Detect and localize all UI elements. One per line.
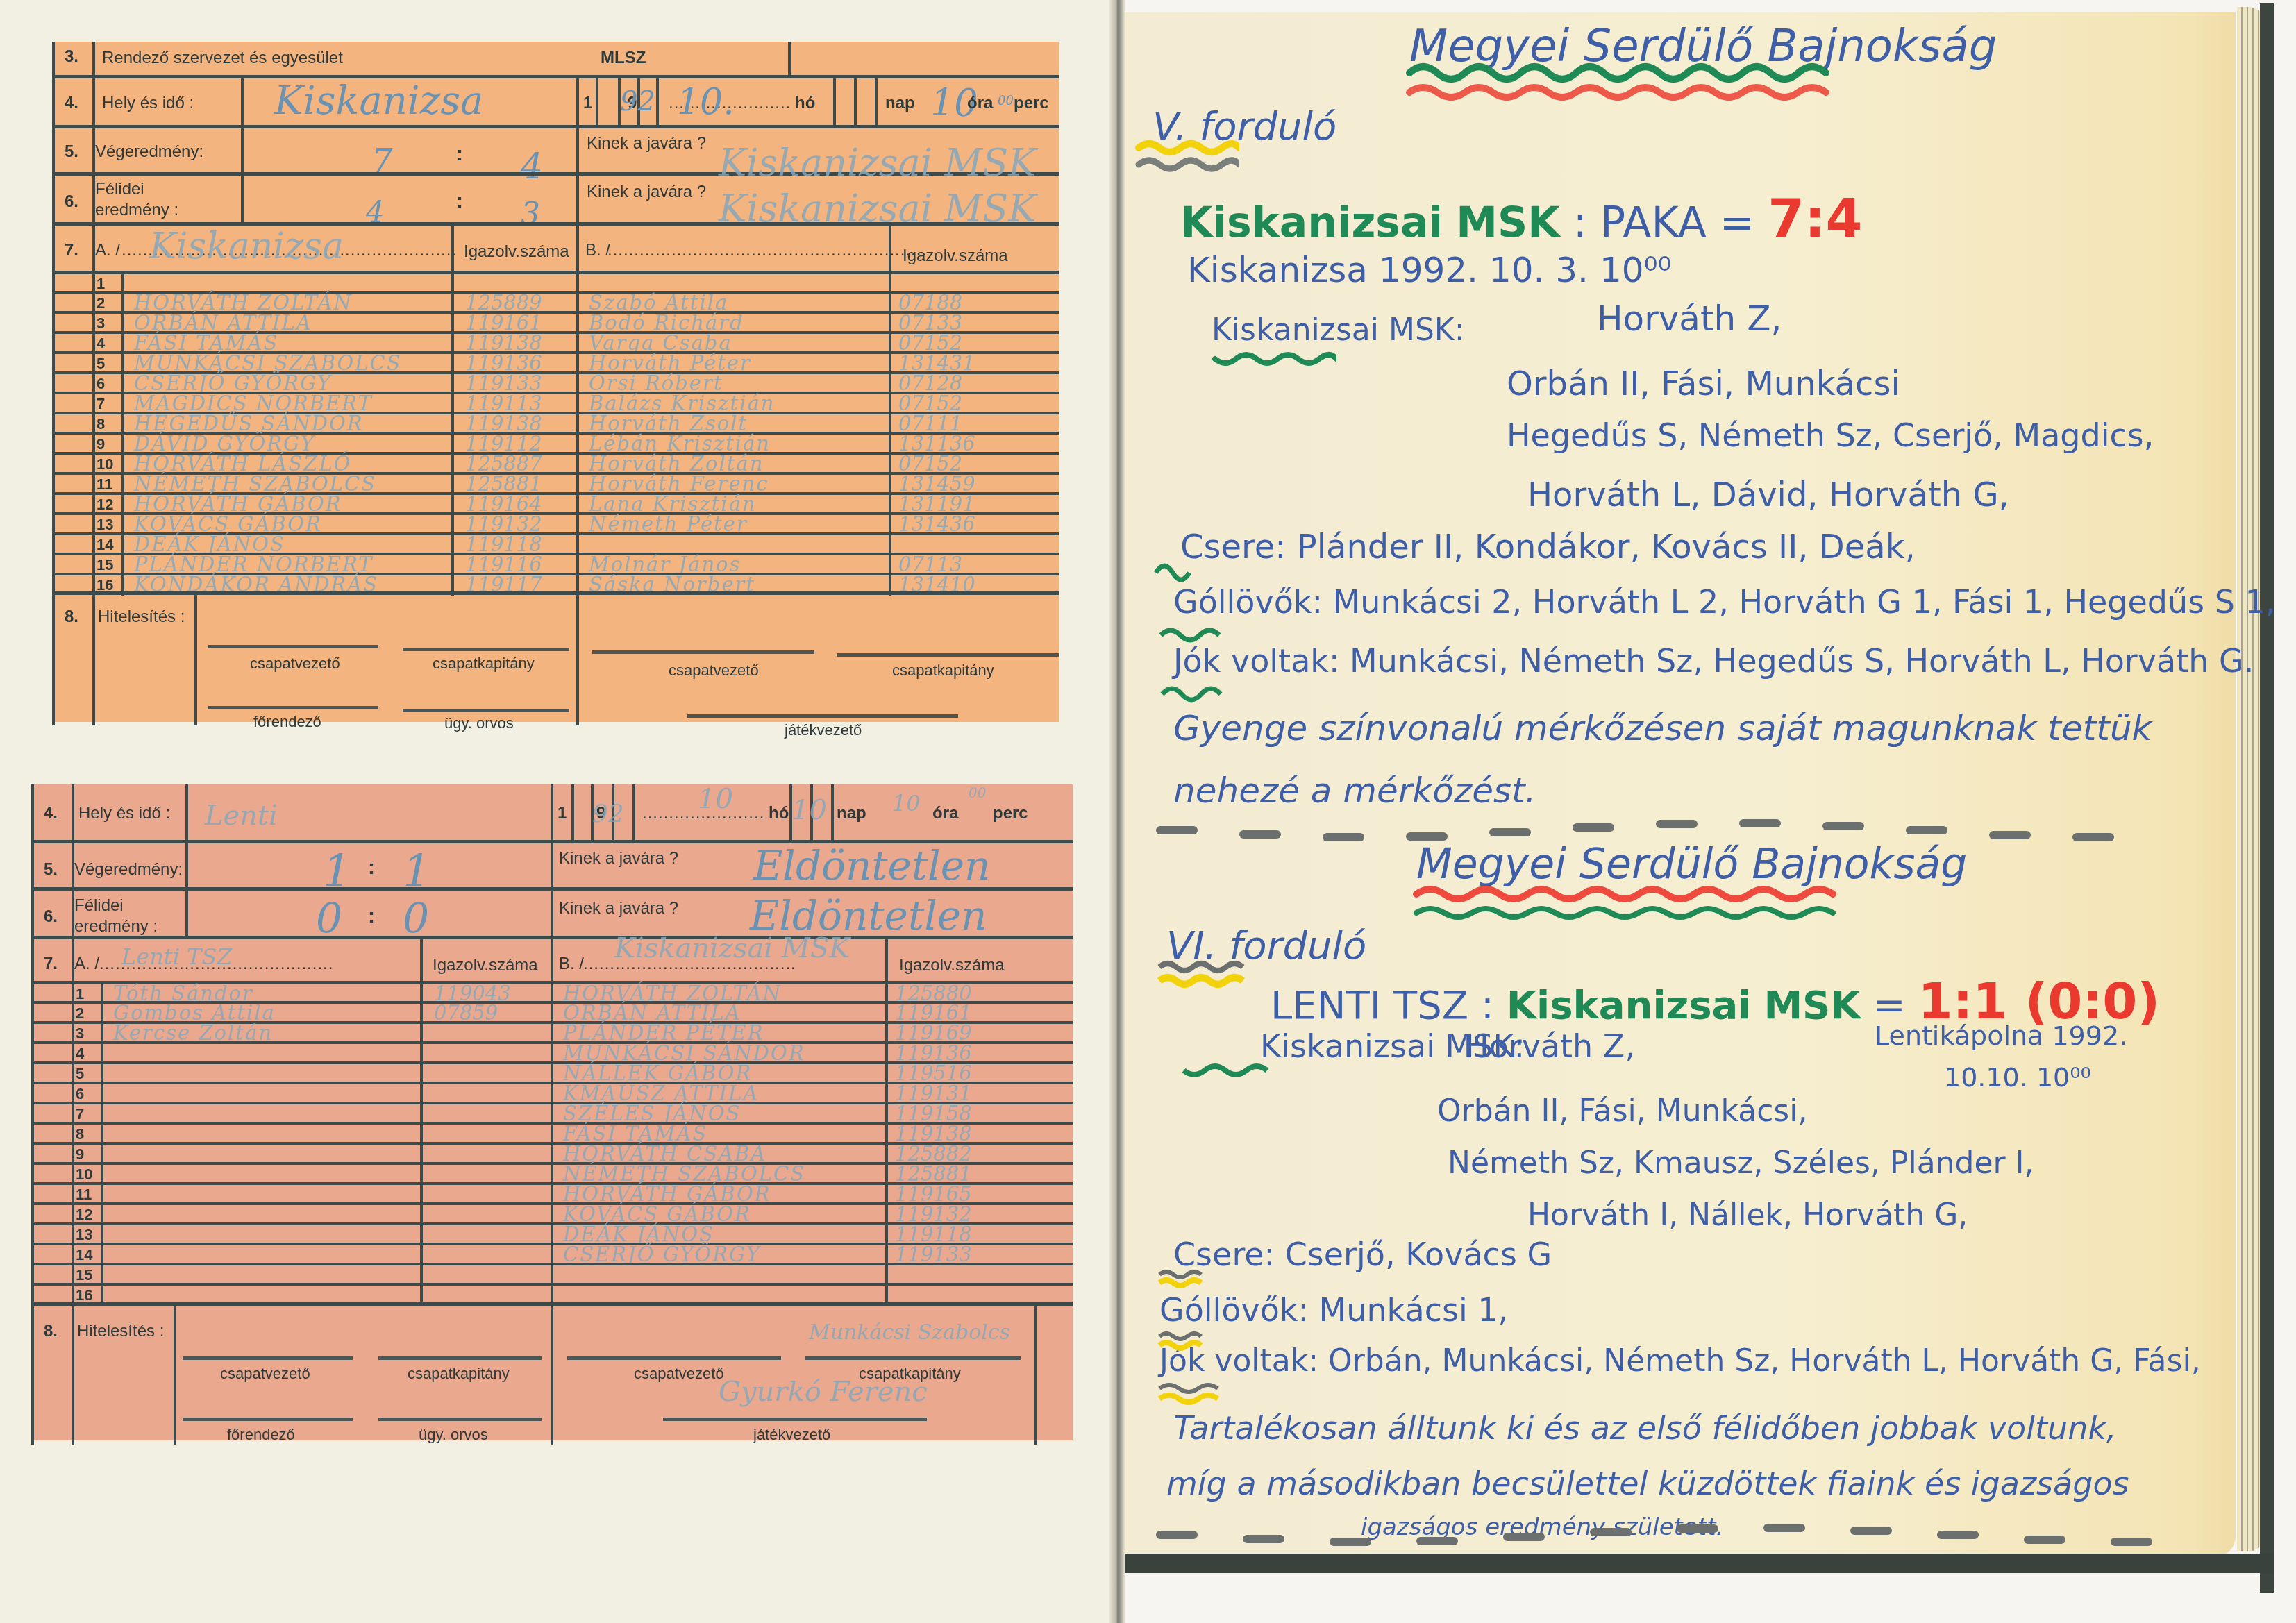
- divider-dash: [1822, 822, 1864, 830]
- title2-underline-red-green: [1413, 882, 1843, 930]
- month-label: hó: [769, 804, 789, 823]
- month-handwritten: 10: [698, 783, 733, 815]
- label-underlines-green: [1153, 548, 1333, 708]
- divider-dash: [1590, 1528, 1632, 1536]
- halftime-label-1: Félidei: [74, 896, 124, 916]
- player-row-number: 6: [97, 375, 105, 393]
- player-row-number: 9: [76, 1145, 84, 1163]
- match2-home: LENTI TSZ: [1271, 983, 1468, 1028]
- minute-label: perc: [993, 804, 1028, 823]
- match2-info-line2: 10.10. 10⁰⁰: [1944, 1062, 2091, 1093]
- sig-label-referee: játékvezető: [785, 721, 862, 739]
- player-row-number: 11: [97, 476, 112, 494]
- player-row-number: 1: [76, 985, 84, 1003]
- id-number-label-b: Igazolv.száma: [903, 246, 1008, 266]
- player-row-number: 14: [97, 536, 113, 554]
- match1-home-club: MSK: [1456, 199, 1559, 247]
- round-underline-yellow-gray: [1135, 135, 1239, 177]
- divider-dash: [1330, 1538, 1371, 1546]
- player-row-number: 10: [97, 455, 113, 473]
- lineup-line: Németh Sz, Kmausz, Széles, Plánder I,: [1448, 1145, 2034, 1181]
- player-row-number: 5: [97, 355, 105, 373]
- match1-score: 7:4: [1768, 187, 1862, 249]
- player-row-number: 7: [97, 395, 105, 413]
- player-row-number: 13: [76, 1226, 92, 1244]
- player-row-number: 9: [97, 435, 105, 453]
- player-row-number: 11: [76, 1186, 92, 1204]
- form-row-authentication: 8. Hitelesítés : csapatvezető csapatkapi…: [52, 591, 1059, 725]
- signature-referee: Gyurkó Ferenc: [719, 1376, 928, 1408]
- authentication-label: Hitelesítés :: [98, 607, 185, 627]
- match-report-form-vi-round: 4. Hely és idő : Lenti 1 9 92 ..........…: [31, 784, 1073, 1440]
- day-label: nap: [837, 804, 866, 823]
- score-separator: :: [456, 190, 463, 213]
- player-row-number: 3: [76, 1025, 84, 1043]
- player-row-number: 13: [97, 516, 113, 534]
- divider-dash: [1989, 831, 2031, 839]
- signature-captain-b: Munkácsi Szabolcs: [809, 1320, 1010, 1345]
- row-number: 6.: [44, 907, 58, 927]
- comment1-line2: nehezé a mérkőzést.: [1173, 771, 1536, 811]
- divider-dash: [2111, 1538, 2152, 1546]
- sig-label-doctor: ügy. orvos: [444, 714, 514, 732]
- id-number-label-a: Igazolv.száma: [433, 956, 538, 975]
- divider-dash: [2072, 833, 2114, 841]
- halftime-label-2: eredmény :: [74, 917, 158, 936]
- team-a-name: Kiskanizsa: [149, 226, 344, 267]
- player-row-number: 14: [76, 1246, 92, 1264]
- match1-away: PAKA: [1600, 199, 1707, 247]
- notebook-spine: [1109, 0, 1125, 1623]
- player-row-number: 15: [97, 556, 113, 574]
- form-row-authentication: 8. Hitelesítés : csapatvezető csapatkapi…: [31, 1302, 1073, 1445]
- place-time-label: Hely és idő :: [102, 94, 194, 113]
- comment2-line2: míg a másodikban becsülettel küzdöttek f…: [1166, 1465, 2129, 1502]
- sig-label-team-leader-b: csapatvezető: [669, 662, 759, 680]
- final-score-label: Végeredmény:: [74, 860, 183, 880]
- divider-dash: [1503, 1533, 1545, 1541]
- divider-dash: [1906, 826, 1947, 834]
- lineup-line: Orbán II, Fási, Munkácsi: [1507, 364, 1900, 403]
- winner-label: Kinek a javára ?: [587, 183, 706, 202]
- divider-dash: [1656, 820, 1698, 828]
- divider-dash: [1416, 1537, 1458, 1545]
- divider-dash: [1239, 830, 1281, 839]
- team-a-name: Lenti TSZ: [121, 943, 233, 970]
- comment1-line1: Gyenge színvonalú mérkőzésen saját magun…: [1173, 708, 2152, 748]
- year-handwritten: 92: [620, 85, 655, 117]
- sig-label-captain-a: csapatkapitány: [408, 1365, 510, 1383]
- lineup-line: Horváth L, Dávid, Horváth G,: [1527, 476, 2009, 514]
- lineup2-underline-green: [1180, 1062, 1277, 1083]
- halftime-label-2: eredmény :: [95, 201, 178, 220]
- subs2: Csere: Cserjő, Kovács G: [1173, 1236, 1552, 1273]
- sig-label-organizer: főrendező: [253, 713, 321, 731]
- player-row-number: 7: [76, 1105, 84, 1123]
- place-handwritten: Kiskanizsa: [274, 78, 483, 124]
- row-number: 7.: [44, 955, 58, 974]
- winner-label: Kinek a javára ?: [587, 134, 706, 153]
- row-number: 7.: [65, 241, 78, 260]
- match2-away-club: MSK: [1763, 983, 1860, 1028]
- player-row-number: 12: [97, 496, 113, 514]
- player-row-number: 1: [97, 275, 105, 293]
- notebook-cover-bottom: [1125, 1554, 2274, 1573]
- match1-home: Kiskanizsai: [1180, 199, 1443, 247]
- form-row-halftime-score: 6. Félidei eredmény : 0 : 0 Kinek a javá…: [31, 887, 1073, 939]
- id-number-label-b: Igazolv.száma: [899, 956, 1005, 975]
- score-separator: :: [368, 905, 375, 928]
- team-b-label: B. /: [559, 955, 584, 974]
- match1-eq: =: [1720, 199, 1754, 247]
- divider-dash: [1156, 1531, 1198, 1539]
- row-number: 8.: [44, 1322, 58, 1341]
- day-label: nap: [885, 94, 915, 113]
- title-underline-green-red: [1406, 52, 1850, 101]
- player-row-number: 10: [76, 1166, 92, 1184]
- form-row-place-time: 4. Hely és idő : Kiskanizsa 1 9 92 .....…: [52, 75, 1059, 128]
- team-b-label: B. /: [585, 241, 610, 260]
- year-handwritten: 92: [592, 800, 624, 828]
- match2-info-line1: Lentikápolna 1992.: [1875, 1020, 2127, 1051]
- divider-dash: [2024, 1536, 2065, 1544]
- player-row-number: 4: [97, 335, 105, 353]
- sig-label-organizer: főrendező: [227, 1426, 295, 1444]
- winner-label: Kinek a javára ?: [559, 849, 678, 868]
- player-row-number: 3: [97, 314, 105, 333]
- winner-label: Kinek a javára ?: [559, 899, 678, 918]
- minute-handwritten: 00: [969, 784, 986, 801]
- divider-dash: [1323, 833, 1364, 841]
- lineup-line: Orbán II, Fási, Munkácsi,: [1437, 1093, 1808, 1129]
- final-score-label: Végeredmény:: [95, 142, 203, 162]
- best-players1: Jók voltak: Munkácsi, Németh Sz, Hegedűs…: [1173, 642, 2254, 680]
- sig-label-referee: játékvezető: [753, 1426, 830, 1444]
- team-b-name: Kiskanizsai MSK: [614, 932, 850, 964]
- player-row-number: 4: [76, 1045, 84, 1063]
- player-row-number: 8: [76, 1125, 84, 1143]
- organizer-value: MLSZ: [601, 49, 646, 68]
- lineup1-label: Kiskanizsai MSK:: [1212, 312, 1465, 348]
- label-underlines-gray-yellow: [1156, 1270, 1239, 1409]
- lineup1-underline-green: [1212, 351, 1336, 371]
- final-winner-handwritten: Kiskanizsai MSK: [719, 141, 1037, 185]
- player-row-number: 2: [97, 294, 105, 312]
- divider-dash: [1850, 1527, 1892, 1535]
- organizer-label: Rendező szervezet és egyesület: [102, 49, 343, 68]
- lineup-line: Horváth I, Nállek, Horváth G,: [1527, 1197, 1968, 1233]
- halftime-label-1: Félidei: [95, 180, 144, 199]
- match2-away: Kiskanizsai: [1507, 983, 1752, 1028]
- divider-dash: [1489, 828, 1531, 836]
- sig-label-team-leader-b: csapatvezető: [634, 1365, 724, 1383]
- divider-dash: [1243, 1535, 1284, 1543]
- form-row-final-score: 5. Végeredmény: 1 : 1 Kinek a javára ? E…: [31, 840, 1073, 891]
- divider-dash: [1406, 832, 1448, 841]
- player-row-number: 5: [76, 1065, 84, 1083]
- hour-handwritten: 10: [892, 790, 921, 816]
- day-handwritten: 10: [791, 794, 827, 826]
- month-label: hó: [795, 94, 815, 113]
- round2-underline-gray-yellow: [1156, 955, 1246, 996]
- match1-info: Kiskanizsa 1992. 10. 3. 10⁰⁰: [1187, 250, 1672, 290]
- player-row-number: 6: [76, 1085, 84, 1103]
- row-number: 3.: [65, 47, 78, 67]
- row-number: 8.: [65, 607, 78, 627]
- lineup-line: Horváth Z,: [1465, 1027, 1635, 1065]
- comment2-line1: Tartalékosan álltunk ki és az első félid…: [1173, 1409, 2117, 1447]
- divider-dash: [1763, 1524, 1805, 1532]
- form-row-place-time: 4. Hely és idő : Lenti 1 9 92 ..........…: [31, 784, 1073, 840]
- form-row-organizer: 3. Rendező szervezet és egyesület MLSZ: [52, 42, 1059, 75]
- team-a-label: A. /: [74, 955, 99, 974]
- divider-dash: [1937, 1531, 1979, 1539]
- match1-sep: :: [1573, 199, 1587, 247]
- id-number-label-a: Igazolv.száma: [464, 242, 569, 262]
- row-number: 4.: [44, 804, 58, 823]
- team-a-label: A. /: [95, 241, 120, 260]
- goalscorers1: Góllövők: Munkácsi 2, Horváth L 2, Horvá…: [1173, 583, 2275, 621]
- place-time-label: Hely és idő :: [78, 804, 170, 823]
- form-row-halftime-score: 6. Félidei eredmény : 4 : 3 Kinek a javá…: [52, 172, 1059, 226]
- match1-line: Kiskanizsai MSK : PAKA = 7:4: [1180, 187, 1862, 249]
- row-number: 5.: [65, 142, 78, 162]
- sig-label-team-leader-a: csapatvezető: [250, 655, 340, 673]
- hour-label: óra: [932, 804, 958, 823]
- final-winner-handwritten: Eldöntetlen: [753, 842, 990, 889]
- best-players2: Jók voltak: Orbán, Munkácsi, Németh Sz, …: [1159, 1343, 2201, 1379]
- divider-dash: [1739, 819, 1781, 827]
- lineup-line: Horváth Z,: [1597, 298, 1782, 339]
- notebook-cover-edge: [2260, 3, 2274, 1593]
- row-number: 6.: [65, 192, 78, 212]
- player-row-number: 2: [76, 1004, 84, 1023]
- divider-dash: [1573, 823, 1614, 832]
- player-row-number: 8: [97, 415, 105, 433]
- row-number: 4.: [65, 94, 78, 113]
- divider-dash: [1677, 1524, 1718, 1533]
- match2-sep: :: [1481, 983, 1494, 1028]
- form-row-teams-header: 7. A. / ................................…: [52, 222, 1059, 274]
- player-row-number: 15: [76, 1266, 92, 1284]
- minute-label: perc: [1014, 94, 1049, 113]
- lineup-line: Hegedűs S, Németh Sz, Cserjő, Magdics,: [1507, 417, 2154, 454]
- player-row-number: 12: [76, 1206, 92, 1224]
- row-number: 5.: [44, 860, 58, 880]
- score-separator: :: [456, 142, 463, 166]
- divider-dash: [1156, 826, 1198, 834]
- match-report-form-v-round: 3. Rendező szervezet és egyesület MLSZ 4…: [52, 42, 1059, 722]
- score-separator: :: [368, 856, 375, 880]
- sig-label-team-leader-a: csapatvezető: [220, 1365, 310, 1383]
- month-handwritten: 10.: [677, 81, 735, 123]
- sig-label-captain-a: csapatkapitány: [433, 655, 535, 673]
- authentication-label: Hitelesítés :: [77, 1322, 164, 1341]
- hour-label: óra: [967, 94, 993, 113]
- sig-label-doctor: ügy. orvos: [419, 1426, 488, 1444]
- form-row-teams-header: 7. A. / ................................…: [31, 936, 1073, 984]
- sig-label-captain-b: csapatkapitány: [892, 662, 994, 680]
- place-handwritten: Lenti: [205, 800, 278, 832]
- minute-handwritten: 00: [998, 94, 1014, 108]
